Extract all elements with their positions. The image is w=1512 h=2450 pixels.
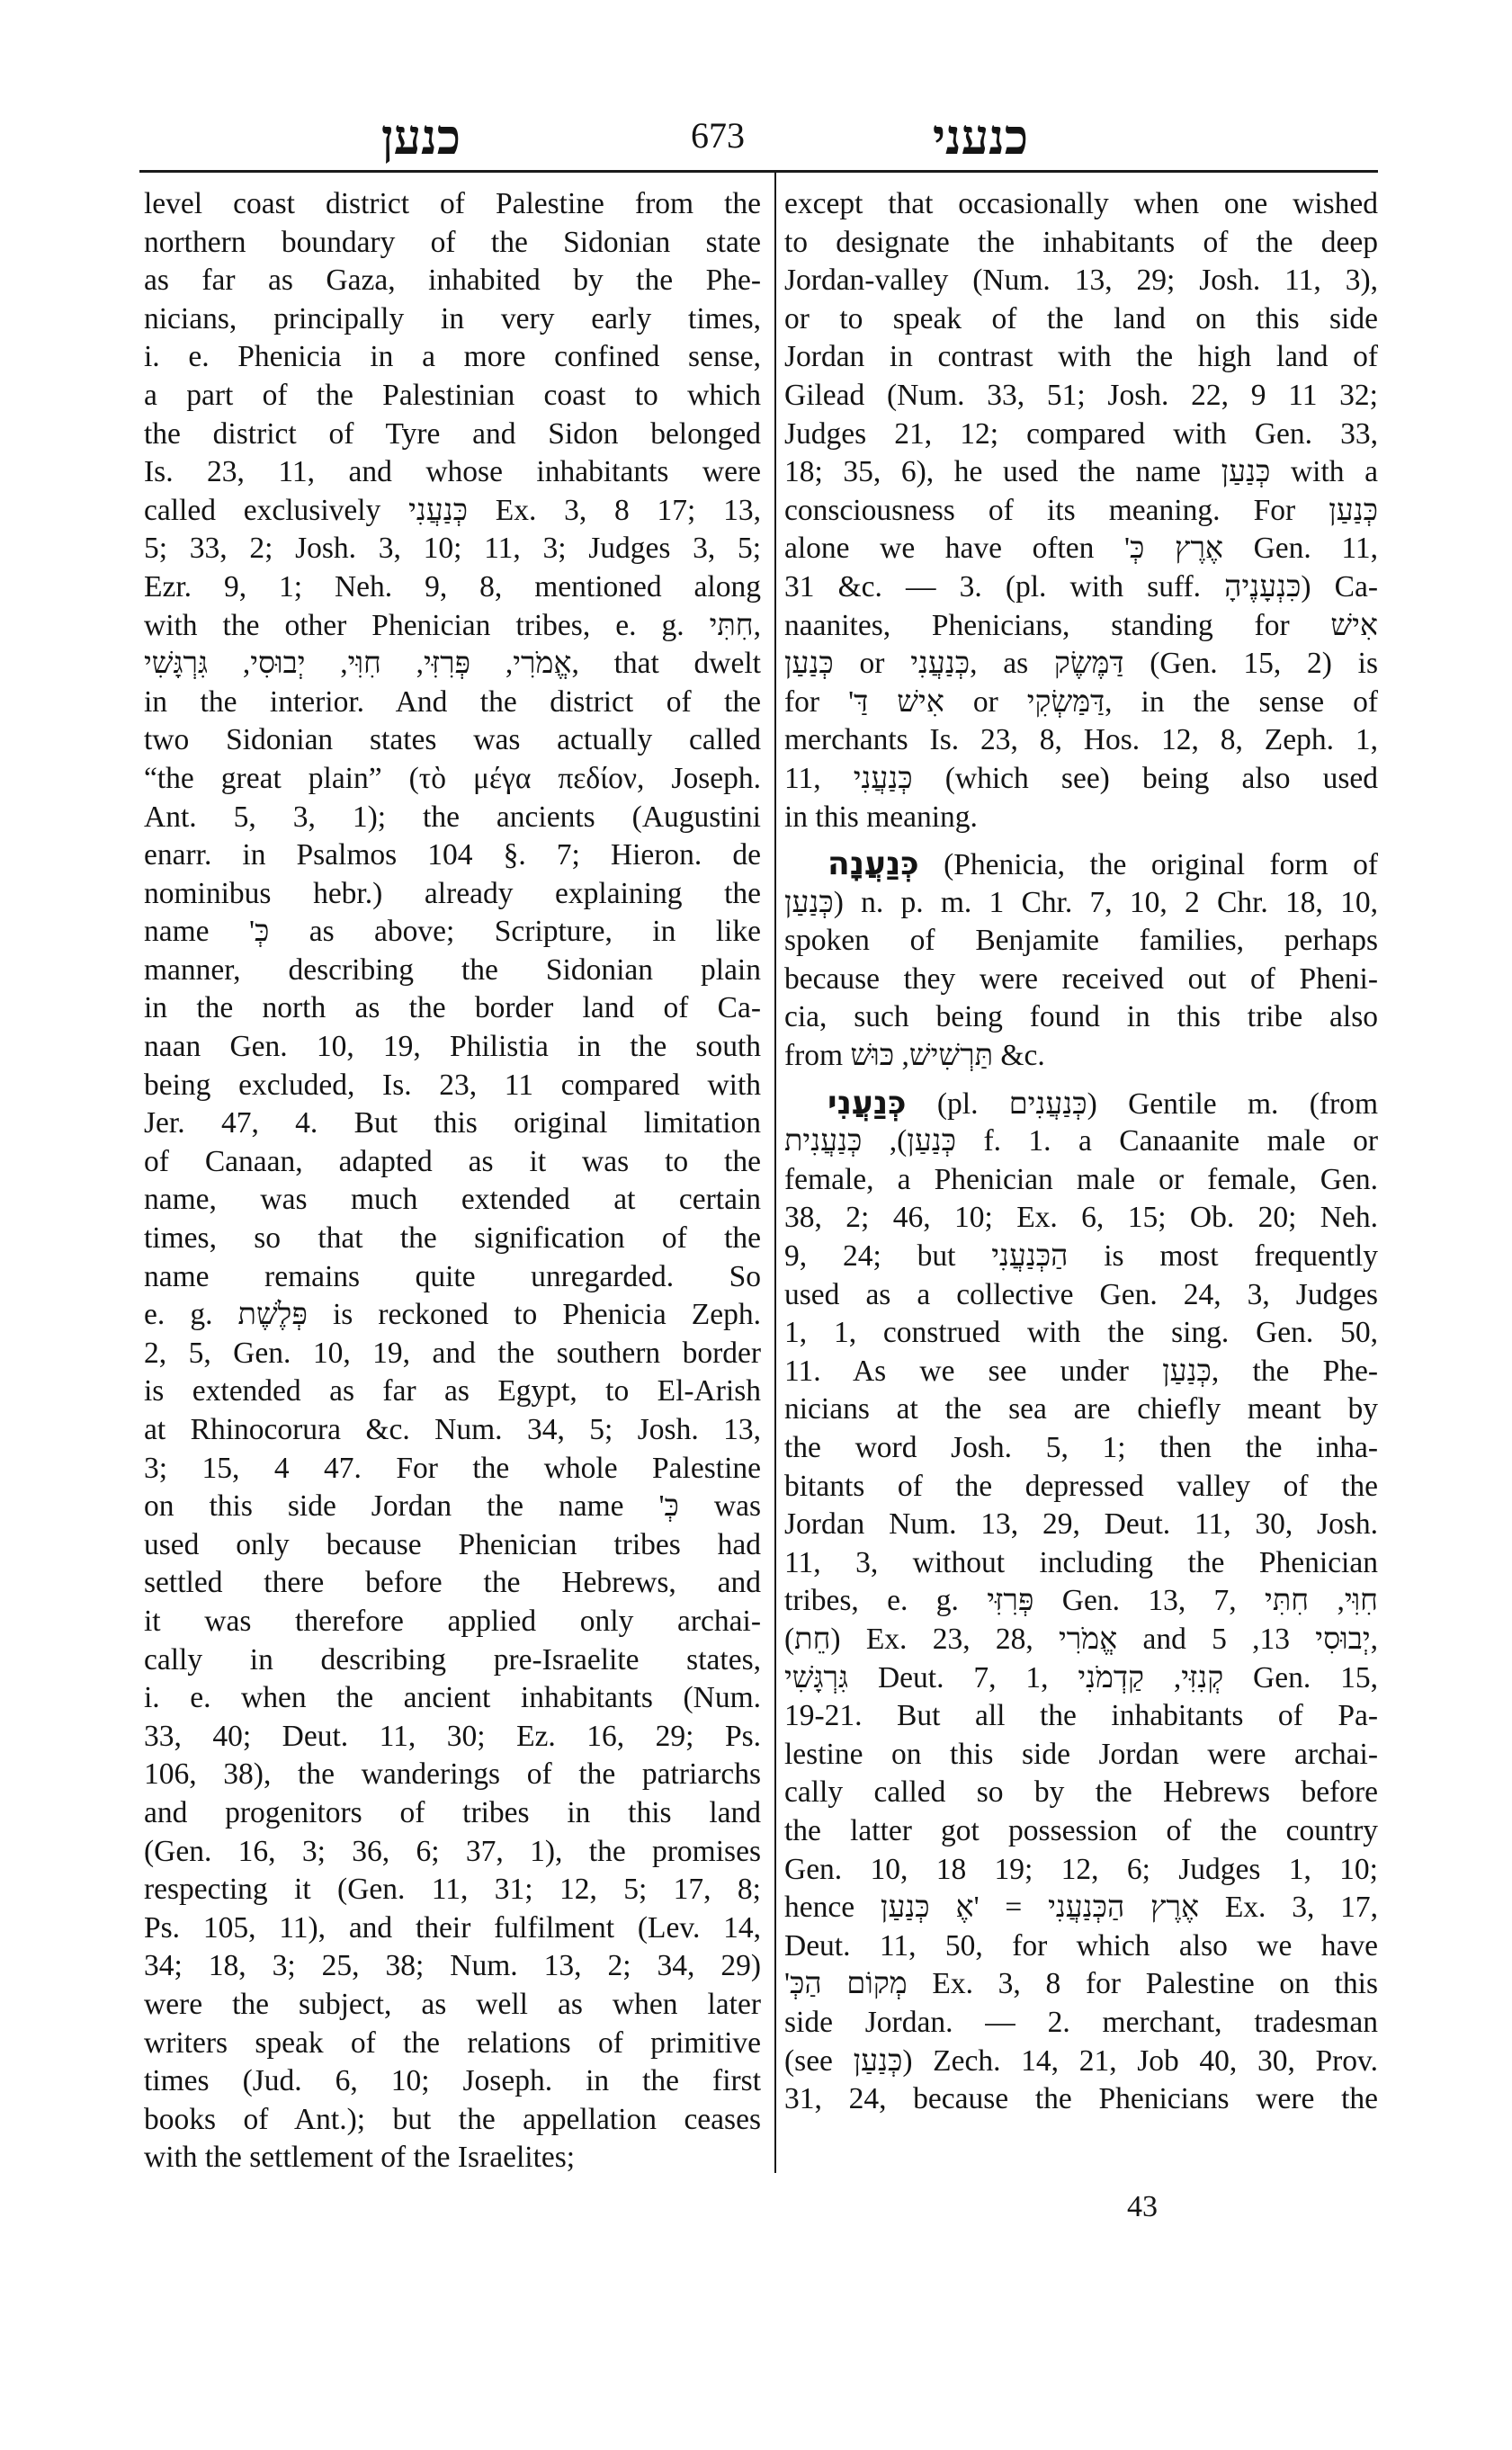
text-line: on this side Jordan the name 'כְּ was — [144, 1488, 761, 1526]
text-line: books of Ant.); but the appellation ceas… — [144, 2101, 761, 2140]
text-segment: (pl. כְּנַעֲנִים) Gentile m. (from — [937, 1087, 1378, 1121]
text-line: two Sidonian states was actually called — [144, 721, 761, 760]
entry-headword: כְּנַעֲנָה — [828, 845, 919, 882]
text-line: 31, 24, because the Phenicians were the — [784, 2080, 1378, 2119]
entry-kenaanah-first-line: כְּנַעֲנָה (Phenicia, the original form … — [784, 845, 1378, 884]
text-line: side Jordan. — 2. merchant, tradesman — [784, 2004, 1378, 2043]
column-divider — [774, 172, 776, 2173]
text-line: tribes, e. g. פְּרִזִּי Gen. 13, 7, חִוִ… — [784, 1582, 1378, 1621]
text-line: 106, 38), the wanderings of the patriarc… — [144, 1756, 761, 1794]
signature-mark: 43 — [1106, 2189, 1178, 2225]
text-line: is extended as far as Egypt, to El-Arish — [144, 1373, 761, 1411]
text-line: Jordan-valley (Num. 13, 29; Josh. 11, 3)… — [784, 262, 1378, 300]
text-line: cally called so by the Hebrews before — [784, 1774, 1378, 1812]
text-line: nicians at the sea are chiefly meant by — [784, 1390, 1378, 1429]
text-line: 34; 18, 3; 25, 38; Num. 13, 2; 34, 29) — [144, 1947, 761, 1986]
text-line: name 'כְּ as above; Scripture, in like — [144, 913, 761, 952]
text-line: the district of Tyre and Sidon belonged — [144, 416, 761, 454]
text-line: used as a collective Gen. 24, 3, Judges — [784, 1276, 1378, 1315]
text-line: to designate the inhabitants of the deep — [784, 224, 1378, 263]
text-line: Gen. 10, 18 19; 12, 6; Judges 1, 10; — [784, 1851, 1378, 1890]
text-line: were the subject, as well as when later — [144, 1986, 761, 2025]
text-line: (חֵת) Ex. 23, 28, אֱמֹרִי and יְבוּסִי 1… — [784, 1621, 1378, 1659]
text-line: 2, 5, Gen. 10, 19, and the southern bord… — [144, 1335, 761, 1373]
text-line: 31 &c. — 3. (pl. with suff. כִּנְעָנֶיהָ… — [784, 568, 1378, 607]
text-line: Jer. 47, 4. But this original limitation — [144, 1104, 761, 1143]
text-line: with the settlement of the Israelites; — [144, 2139, 761, 2177]
text-line: because they were received out of Pheni- — [784, 961, 1378, 999]
text-line: enarr. in Psalmos 104 §. 7; Hieron. de — [144, 836, 761, 875]
text-line: nicians, principally in very early times… — [144, 300, 761, 339]
text-line: i. e. when the ancient inhabitants (Num. — [144, 1679, 761, 1718]
text-line: Ps. 105, 11), and their fulfilment (Lev.… — [144, 1909, 761, 1948]
text-line: Ant. 5, 3, 1); the ancients (Augustini — [144, 799, 761, 837]
text-line: (Gen. 16, 3; 36, 6; 37, 1), the promises — [144, 1833, 761, 1872]
entry-kenaani-first-line: כְּנַעֲנִי (pl. כְּנַעֲנִים) Gentile m. … — [784, 1085, 1378, 1123]
text-line: Ezr. 9, 1; Neh. 9, 8, mentioned along — [144, 568, 761, 607]
text-line: Is. 23, 11, and whose inhabitants were — [144, 453, 761, 492]
text-line: 18; 35, 6), he used the name כְּנַעַן wi… — [784, 453, 1378, 492]
text-line: Deut. 11, 50, for which also we have — [784, 1927, 1378, 1966]
text-line: manner, describing the Sidonian plain — [144, 952, 761, 990]
text-line: or to speak of the land on this side — [784, 300, 1378, 339]
text-line: hence אֶרֶץ הַכְּנַעֲנִי = 'אֶ כְּנַעַן … — [784, 1889, 1378, 1927]
text-line: being excluded, Is. 23, 11 compared with — [144, 1067, 761, 1105]
text-line: except that occasionally when one wished — [784, 185, 1378, 224]
text-line: אֱמֹרִי, פְּרִזִּי, חִוִּי, יְבוּסִי, גִ… — [144, 645, 761, 684]
text-line: name remains quite unregarded. So — [144, 1258, 761, 1297]
text-line: כְּנַעַן), כְּנַעֲנִית f. 1. a Canaanite… — [784, 1122, 1378, 1161]
running-head-right: כנעני — [908, 110, 1052, 164]
text-line: times (Jud. 6, 10; Joseph. in the first — [144, 2062, 761, 2101]
text-line: consciousness of its meaning. For כְּנַע… — [784, 492, 1378, 531]
text-line: lestine on this side Jordan were archai- — [784, 1736, 1378, 1775]
text-line: a part of the Palestinian coast to which — [144, 377, 761, 416]
text-line: the latter got possession of the country — [784, 1812, 1378, 1851]
text-line: in the north as the border land of Ca- — [144, 989, 761, 1028]
text-line: 38, 2; 46, 10; Ex. 6, 15; Ob. 20; Neh. — [784, 1199, 1378, 1238]
text-line: level coast district of Palestine from t… — [144, 185, 761, 224]
text-line: it was therefore applied only archai- — [144, 1603, 761, 1641]
text-line: with the other Phenician tribes, e. g. ח… — [144, 607, 761, 646]
text-line: 1, 1, construed with the sing. Gen. 50, — [784, 1314, 1378, 1353]
page-number: 673 — [673, 113, 763, 158]
text-line: used only because Phenician tribes had — [144, 1526, 761, 1565]
text-line: (see כְּנַעַן) Zech. 14, 21, Job 40, 30,… — [784, 2043, 1378, 2081]
text-line: spoken of Benjamite families, perhaps — [784, 922, 1378, 961]
text-line: called exclusively כְּנַעֲנִי Ex. 3, 8 1… — [144, 492, 761, 531]
text-line: i. e. Phenicia in a more confined sense, — [144, 338, 761, 377]
text-line: and progenitors of tribes in this land — [144, 1794, 761, 1833]
text-line: times, so that the signification of the — [144, 1220, 761, 1258]
text-line: 11, 3, without including the Phenician — [784, 1544, 1378, 1583]
text-line: naan Gen. 10, 19, Philistia in the south — [144, 1028, 761, 1067]
entry-headword: כְּנַעֲנִי — [828, 1085, 907, 1122]
text-line: 11, כְּנַעֲנִי (which see) being also us… — [784, 760, 1378, 799]
text-line: Jordan in contrast with the high land of — [784, 338, 1378, 377]
text-line: northern boundary of the Sidonian state — [144, 224, 761, 263]
text-line: alone we have often 'אֶרֶץ כְּ Gen. 11, — [784, 530, 1378, 568]
text-line: at Rhinocorura &c. Num. 34, 5; Josh. 13, — [144, 1411, 761, 1450]
text-line: as far as Gaza, inhabited by the Phe- — [144, 262, 761, 300]
text-line: 9, 24; but הַכְּנַעֲנִי is most frequent… — [784, 1238, 1378, 1276]
text-line: כְּנַעַן or כְּנַעֲנִי, as דַּמֶּשֶׂק (G… — [784, 645, 1378, 684]
text-line: cia, such being found in this tribe also — [784, 998, 1378, 1037]
text-line: name, was much extended at certain — [144, 1181, 761, 1220]
text-line: female, a Phenician male or female, Gen. — [784, 1161, 1378, 1200]
text-line: Gilead (Num. 33, 51; Josh. 22, 9 11 32; — [784, 377, 1378, 416]
text-line: merchants Is. 23, 8, Hos. 12, 8, Zeph. 1… — [784, 721, 1378, 760]
text-line: respecting it (Gen. 11, 31; 12, 5; 17, 8… — [144, 1871, 761, 1909]
text-line: nominibus hebr.) already explaining the — [144, 875, 761, 914]
text-line: “the great plain” (τὸ μέγα πεδίον, Josep… — [144, 760, 761, 799]
left-column: level coast district of Palestine from t… — [144, 185, 761, 2177]
text-line: settled there before the Hebrews, and — [144, 1564, 761, 1603]
text-line: 19-21. But all the inhabitants of Pa- — [784, 1697, 1378, 1736]
text-line: e. g. פְּלֶשֶׁת is reckoned to Phenicia … — [144, 1296, 761, 1335]
right-column: except that occasionally when one wished… — [784, 185, 1378, 2119]
header-rule — [139, 170, 1378, 173]
text-line: 11. As we see under כְּנַעַן, the Phe- — [784, 1353, 1378, 1391]
text-line: in the interior. And the district of the — [144, 684, 761, 722]
text-line: the word Josh. 5, 1; then the inha- — [784, 1429, 1378, 1468]
text-line: in this meaning. — [784, 799, 1378, 837]
text-line: גִּרְגָּשִׁי Deut. 7, 1, קְנִזִּי, קַדְמ… — [784, 1659, 1378, 1698]
text-segment: (Phenicia, the original form of — [944, 848, 1378, 881]
text-line: 5; 33, 2; Josh. 3, 10; 11, 3; Judges 3, … — [144, 530, 761, 568]
text-line: from תַּרְשִׁישׁ, כּוּשׁ &c. — [784, 1037, 1378, 1076]
text-line: Jordan Num. 13, 29, Deut. 11, 30, Josh. — [784, 1506, 1378, 1544]
text-line: naanites, Phenicians, standing for אִישׁ — [784, 607, 1378, 646]
text-line: 'מְקוֹם הַכְּ Ex. 3, 8 for Palestine on … — [784, 1965, 1378, 2004]
text-line: writers speak of the relations of primit… — [144, 2025, 761, 2063]
text-line: כְּנַעַן) n. p. m. 1 Chr. 7, 10, 2 Chr. … — [784, 884, 1378, 923]
text-line: 33, 40; Deut. 11, 30; Ez. 16, 29; Ps. — [144, 1718, 761, 1757]
text-line: of Canaan, adapted as it was to the — [144, 1143, 761, 1182]
running-head-left: כנען — [349, 110, 493, 164]
text-line: bitants of the depressed valley of the — [784, 1468, 1378, 1507]
text-line: 3; 15, 4 47. For the whole Palestine — [144, 1450, 761, 1489]
text-line: for 'אִישׁ דַּ or דַּמַּשְׂקִי, in the s… — [784, 684, 1378, 722]
text-line: cally in describing pre-Israelite states… — [144, 1641, 761, 1680]
text-line: Judges 21, 12; compared with Gen. 33, — [784, 416, 1378, 454]
dictionary-page: כנען 673 כנעני level coast district of P… — [0, 0, 1512, 2450]
